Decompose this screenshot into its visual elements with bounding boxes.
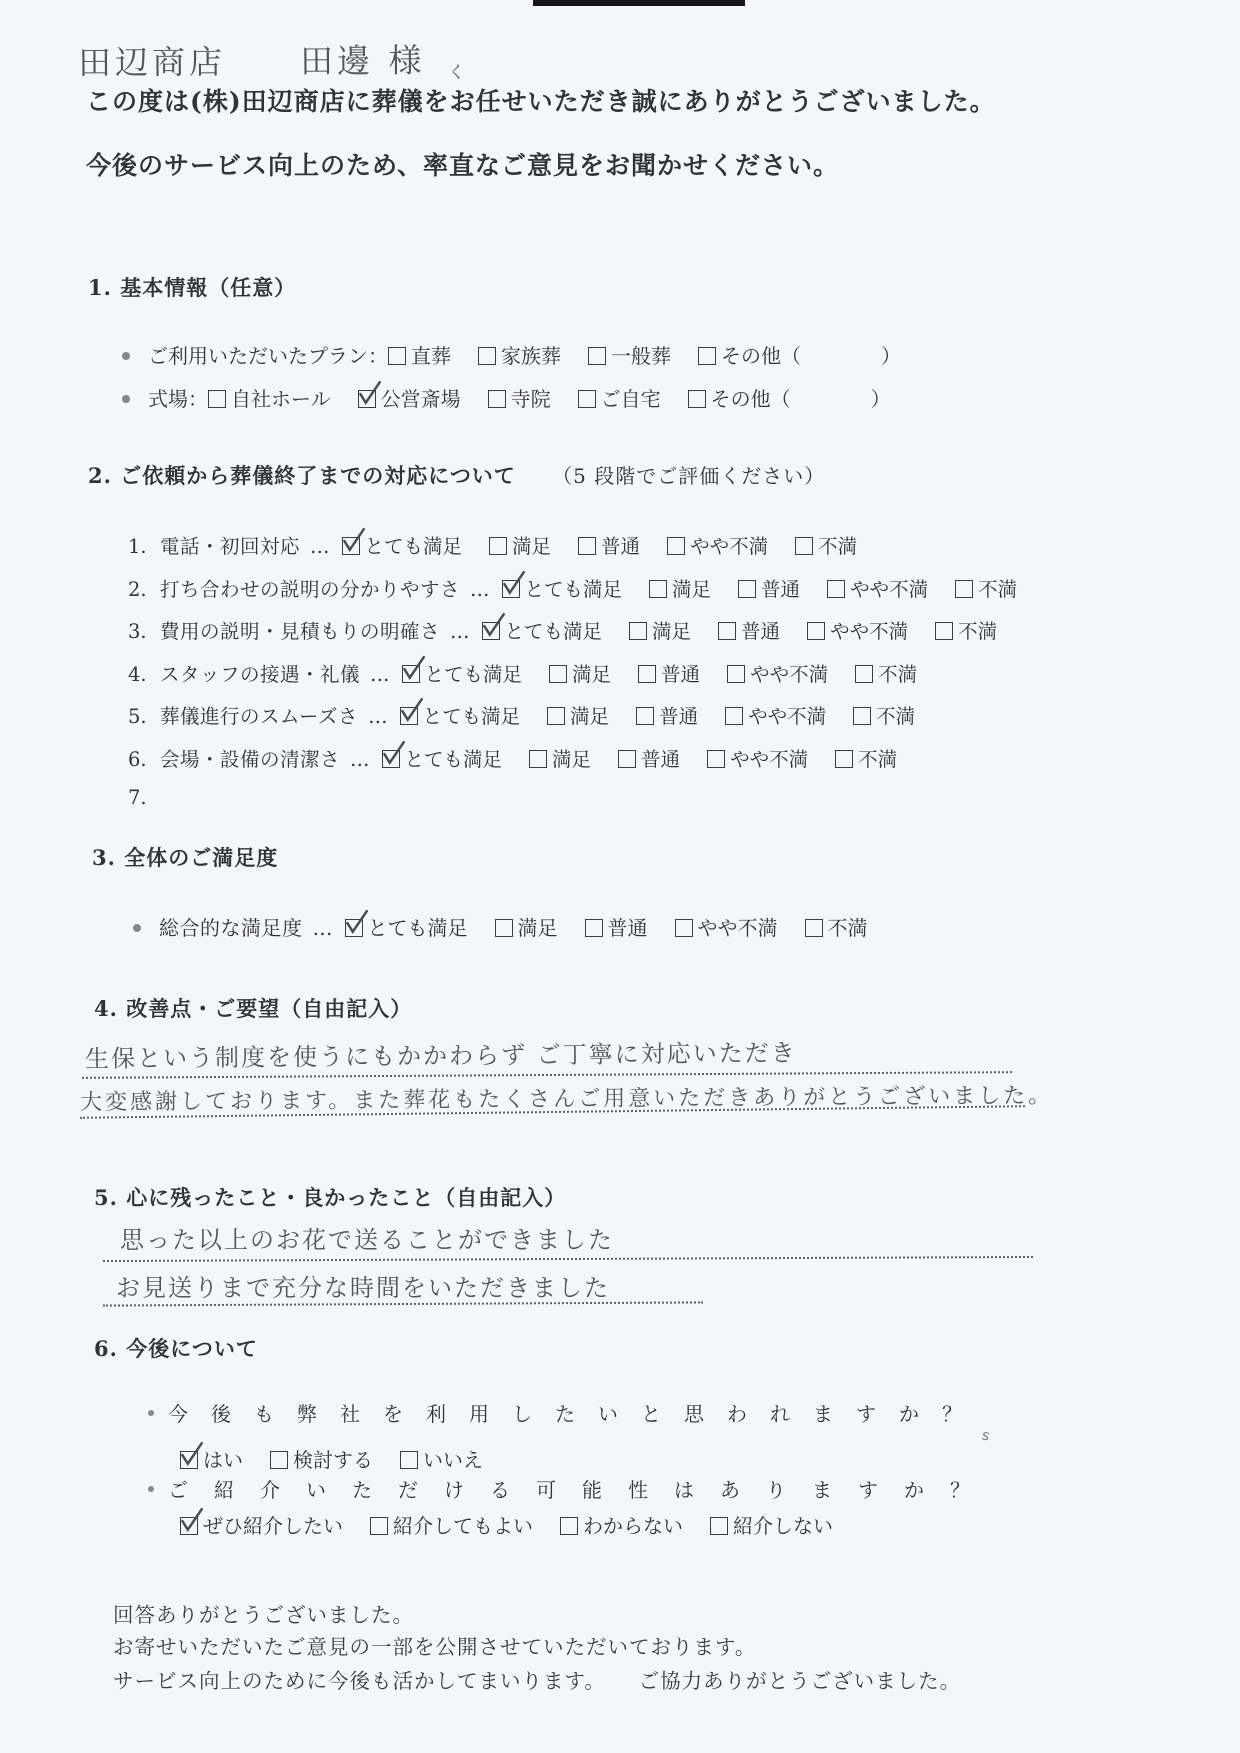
bullet-icon xyxy=(133,924,141,932)
plan-label: ご利用いただいたプラン： xyxy=(148,344,388,368)
checkbox-checked[interactable] xyxy=(345,919,363,937)
option-label: とても満足 xyxy=(505,620,603,643)
option-label: 不満 xyxy=(876,705,915,728)
option: その他（ ） xyxy=(698,344,901,368)
option: 普通 xyxy=(636,705,698,728)
rating-row-6: 6.会場・設備の清潔さ…とても満足満足普通やや不満不満 xyxy=(128,744,1044,772)
option: 不満 xyxy=(935,620,997,643)
option-label: とても満足 xyxy=(365,535,463,558)
checkbox-checked[interactable] xyxy=(358,390,376,408)
option-label: その他（ ） xyxy=(711,387,891,411)
checkbox[interactable] xyxy=(478,347,496,365)
option-label: 不満 xyxy=(958,620,997,643)
freetext-memorable-line2: お見送りまで充分な時間をいただきました xyxy=(116,1268,610,1303)
row-label: 費用の説明・見積もりの明確さ xyxy=(160,620,440,643)
section1-title: 1. 基本情報（任意） xyxy=(88,272,296,302)
option-label: やや不満 xyxy=(830,620,908,643)
option-label: とても満足 xyxy=(405,748,503,771)
checkbox[interactable] xyxy=(667,537,685,555)
option-label: 寺院 xyxy=(511,387,551,411)
checkbox[interactable] xyxy=(208,390,226,408)
option-label: 満足 xyxy=(570,705,609,728)
option-label: 満足 xyxy=(672,578,711,601)
freetext-improvement-line1: 生保という制度を使うにもかかわらず ご丁寧に対応いただき xyxy=(85,1033,797,1074)
rating-row-1: 1.電話・初回対応…とても満足満足普通やや不満不満 xyxy=(128,531,1044,559)
handwritten-addressee-mark: く xyxy=(448,58,467,83)
checkbox-checked[interactable] xyxy=(482,622,500,640)
option: とても満足 xyxy=(400,705,521,728)
bullet-icon xyxy=(148,1410,154,1416)
rating-row-7: 7. xyxy=(128,786,1044,809)
intro-line-2: 今後のサービス向上のため、率直なご意見をお聞かせください。 xyxy=(86,146,839,182)
checkbox[interactable] xyxy=(618,750,636,768)
bullet-icon xyxy=(122,352,130,360)
ellipsis: … xyxy=(313,916,335,940)
row-number: 2. xyxy=(128,578,160,601)
option: ご自宅 xyxy=(578,387,661,411)
checkbox[interactable] xyxy=(698,347,716,365)
option: とても満足 xyxy=(482,620,603,643)
rating-row-5: 5.葬儀進行のスムーズさ…とても満足満足普通やや不満不満 xyxy=(128,701,1044,729)
option-label: 満足 xyxy=(652,620,691,643)
row-number: 6. xyxy=(128,748,160,771)
ellipsis: … xyxy=(370,663,392,686)
scan-artifact-bar xyxy=(533,0,745,6)
option: 検討する xyxy=(270,1448,373,1472)
row-label: 会場・設備の清潔さ xyxy=(160,748,340,771)
option: 普通 xyxy=(618,748,680,771)
checkbox[interactable] xyxy=(495,919,513,937)
option-label: とても満足 xyxy=(423,705,521,728)
checkbox[interactable] xyxy=(675,919,693,937)
option-label: 不満 xyxy=(828,916,868,940)
plan-row: ご利用いただいたプラン：直葬家族葬一般葬その他（ ） xyxy=(122,340,928,369)
option: 公営斎場 xyxy=(358,387,461,411)
option: 不満 xyxy=(955,578,1017,601)
option: 満足 xyxy=(529,748,591,771)
option: 紹介しない xyxy=(710,1514,833,1538)
option: やや不満 xyxy=(725,705,826,728)
option: 満足 xyxy=(629,620,691,643)
option-label: 不満 xyxy=(878,663,917,686)
option: とても満足 xyxy=(342,535,463,558)
option: とても満足 xyxy=(345,916,468,940)
row-number: 4. xyxy=(128,663,160,686)
ellipsis: … xyxy=(310,535,332,558)
checkbox-checked[interactable] xyxy=(342,537,360,555)
checkbox[interactable] xyxy=(718,622,736,640)
option-label: わからない xyxy=(583,1514,683,1538)
option: 紹介してもよい xyxy=(370,1514,533,1538)
checkbox-checked[interactable] xyxy=(382,750,400,768)
option-label: ご自宅 xyxy=(601,387,661,411)
checkbox-checked[interactable] xyxy=(180,1517,198,1535)
option-label: 検討する xyxy=(293,1448,373,1472)
checkbox[interactable] xyxy=(707,750,725,768)
option: やや不満 xyxy=(807,620,908,643)
checkbox[interactable] xyxy=(649,580,667,598)
option: 家族葬 xyxy=(478,344,561,368)
checkbox[interactable] xyxy=(400,1451,418,1469)
option-label: 普通 xyxy=(601,535,640,558)
option: はい xyxy=(180,1448,243,1472)
checkbox-checked[interactable] xyxy=(400,707,418,725)
option: やや不満 xyxy=(827,578,928,601)
checkbox[interactable] xyxy=(827,580,845,598)
checkbox[interactable] xyxy=(588,347,606,365)
checkbox-checked[interactable] xyxy=(402,665,420,683)
option-label: 普通 xyxy=(659,705,698,728)
checkbox[interactable] xyxy=(488,390,506,408)
row-number: 7. xyxy=(128,786,160,809)
option: 不満 xyxy=(855,663,917,686)
option: 満足 xyxy=(495,916,558,940)
option-label: 普通 xyxy=(608,916,648,940)
rating-row-3: 3.費用の説明・見積もりの明確さ…とても満足満足普通やや不満不満 xyxy=(128,616,1044,644)
overall-satisfaction-options: とても満足満足普通やや不満不満 xyxy=(345,916,895,940)
checkbox[interactable] xyxy=(688,390,706,408)
option-label: 直葬 xyxy=(411,344,451,368)
option: 普通 xyxy=(738,578,800,601)
checkbox[interactable] xyxy=(725,707,743,725)
checkbox[interactable] xyxy=(388,347,406,365)
option-label: やや不満 xyxy=(690,535,768,558)
option: 不満 xyxy=(805,916,868,940)
checkbox[interactable] xyxy=(795,537,813,555)
checkbox[interactable] xyxy=(805,919,823,937)
checkbox[interactable] xyxy=(629,622,647,640)
checkbox[interactable] xyxy=(549,665,567,683)
ellipsis: … xyxy=(350,748,372,771)
checkbox[interactable] xyxy=(585,919,603,937)
option-label: 満足 xyxy=(518,916,558,940)
ellipsis: … xyxy=(470,578,492,601)
option-label: 紹介してもよい xyxy=(393,1514,533,1538)
option: とても満足 xyxy=(382,748,503,771)
referral-question-text: ご紹介いただける可能性はありますか？ xyxy=(168,1478,996,1502)
option-label: やや不満 xyxy=(730,748,808,771)
rating-rows: 1.電話・初回対応…とても満足満足普通やや不満不満2.打ち合わせの説明の分かりや… xyxy=(128,531,1044,824)
rating-row-4: 4.スタッフの接遇・礼儀…とても満足満足普通やや不満不満 xyxy=(128,659,1044,687)
option-label: 不満 xyxy=(978,578,1017,601)
option-label: 一般葬 xyxy=(611,344,671,368)
plan-options: 直葬家族葬一般葬その他（ ） xyxy=(388,344,928,368)
option: いいえ xyxy=(400,1448,483,1472)
option: 寺院 xyxy=(488,387,551,411)
checkbox[interactable] xyxy=(955,580,973,598)
option-label: 紹介しない xyxy=(733,1514,833,1538)
option: 普通 xyxy=(578,535,640,558)
option: やや不満 xyxy=(707,748,808,771)
overall-satisfaction-row: 総合的な満足度…とても満足満足普通やや不満不満 xyxy=(133,912,895,941)
checkbox[interactable] xyxy=(727,665,745,683)
checkbox[interactable] xyxy=(560,1517,578,1535)
option-label: とても満足 xyxy=(525,578,623,601)
option: とても満足 xyxy=(402,663,523,686)
checkbox[interactable] xyxy=(547,707,565,725)
ellipsis: … xyxy=(450,620,472,643)
section2-title-text: 2. ご依頼から葬儀終了までの対応について xyxy=(88,463,516,488)
option: わからない xyxy=(560,1514,683,1538)
footer-line-1: 回答ありがとうございました。 xyxy=(113,1598,414,1628)
section3-title: 3. 全体のご満足度 xyxy=(92,842,278,872)
option-label: はい xyxy=(203,1448,243,1472)
row-label: 葬儀進行のスムーズさ xyxy=(160,705,358,728)
option-label: その他（ ） xyxy=(721,344,901,368)
bullet-icon xyxy=(148,1486,154,1492)
ellipsis: … xyxy=(368,705,390,728)
row-number: 1. xyxy=(128,535,160,558)
section6-title: 6. 今後について xyxy=(94,1333,258,1363)
checkbox[interactable] xyxy=(578,537,596,555)
option: 普通 xyxy=(718,620,780,643)
checkbox[interactable] xyxy=(855,665,873,683)
option: とても満足 xyxy=(502,578,623,601)
option-label: 不満 xyxy=(818,535,857,558)
checkbox[interactable] xyxy=(636,707,654,725)
option: やや不満 xyxy=(667,535,768,558)
checkbox[interactable] xyxy=(710,1517,728,1535)
stray-pen-mark: s xyxy=(980,1427,990,1444)
checkbox[interactable] xyxy=(935,622,953,640)
checkbox[interactable] xyxy=(738,580,756,598)
checkbox[interactable] xyxy=(807,622,825,640)
option-label: やや不満 xyxy=(698,916,778,940)
overall-satisfaction-label: 総合的な満足度 xyxy=(159,916,303,940)
option-label: 満足 xyxy=(512,535,551,558)
option-label: 普通 xyxy=(661,663,700,686)
option: 一般葬 xyxy=(588,344,671,368)
option: 不満 xyxy=(795,535,857,558)
checkbox[interactable] xyxy=(835,750,853,768)
option: 満足 xyxy=(489,535,551,558)
option-label: 満足 xyxy=(572,663,611,686)
option-label: 普通 xyxy=(641,748,680,771)
option: やや不満 xyxy=(727,663,828,686)
survey-page: 田辺商店 田邊 様 く この度は(株)田辺商店に葬儀をお任せいただき誠にありがと… xyxy=(0,0,1240,1753)
venue-options: 自社ホール公営斎場寺院ご自宅その他（ ） xyxy=(208,387,918,411)
option-label: やや不満 xyxy=(748,705,826,728)
checkbox[interactable] xyxy=(270,1451,288,1469)
row-label: 電話・初回対応 xyxy=(160,535,300,558)
option-label: 普通 xyxy=(761,578,800,601)
option-label: やや不満 xyxy=(850,578,928,601)
option: 満足 xyxy=(547,705,609,728)
option-label: ぜひ紹介したい xyxy=(203,1514,343,1538)
option-label: やや不満 xyxy=(750,663,828,686)
option: ぜひ紹介したい xyxy=(180,1514,343,1538)
checkbox[interactable] xyxy=(529,750,547,768)
row-label: 打ち合わせの説明の分かりやすさ xyxy=(160,578,460,601)
checkbox[interactable] xyxy=(370,1517,388,1535)
rating-row-2: 2.打ち合わせの説明の分かりやすさ…とても満足満足普通やや不満不満 xyxy=(128,574,1044,602)
row-label: スタッフの接遇・礼儀 xyxy=(160,663,360,686)
option-label: いいえ xyxy=(423,1448,483,1472)
option: 自社ホール xyxy=(208,387,331,411)
checkbox-checked[interactable] xyxy=(180,1451,198,1469)
handwritten-addressee: 田辺商店 田邊 様 xyxy=(78,35,426,84)
option: 満足 xyxy=(649,578,711,601)
checkbox-checked[interactable] xyxy=(502,580,520,598)
option: 不満 xyxy=(853,705,915,728)
future-use-answers: はい検討するいいえ xyxy=(180,1444,510,1473)
referral-answers: ぜひ紹介したい紹介してもよいわからない紹介しない xyxy=(180,1510,860,1539)
answer-line xyxy=(103,1256,1033,1262)
future-use-question-text: 今後も弊社を利用したいと思われますか？ xyxy=(168,1402,985,1426)
checkbox[interactable] xyxy=(638,665,656,683)
option-label: とても満足 xyxy=(368,916,468,940)
option: 普通 xyxy=(585,916,648,940)
section4-title: 4. 改善点・ご要望（自由記入） xyxy=(94,993,412,1023)
row-number: 3. xyxy=(128,620,160,643)
option: その他（ ） xyxy=(688,387,891,411)
footer-line-2: お寄せいただいたご意見の一部を公開させていただいております。 xyxy=(113,1630,756,1660)
section2-note: （5 段階でご評価ください） xyxy=(552,464,825,488)
option: 直葬 xyxy=(388,344,451,368)
intro-line-1: この度は(株)田辺商店に葬儀をお任せいただき誠にありがとうございました。 xyxy=(86,82,996,118)
option-label: 普通 xyxy=(741,620,780,643)
checkbox[interactable] xyxy=(853,707,871,725)
checkbox[interactable] xyxy=(489,537,507,555)
section5-title: 5. 心に残ったこと・良かったこと（自由記入） xyxy=(94,1182,566,1212)
venue-label: 式場： xyxy=(148,387,208,411)
row-number: 5. xyxy=(128,705,160,728)
footer-line-3: サービス向上のために今後も活かしてまいります。 ご協力ありがとうございました。 xyxy=(113,1664,961,1694)
option: 不満 xyxy=(835,748,897,771)
option: 普通 xyxy=(638,663,700,686)
option: やや不満 xyxy=(675,916,778,940)
bullet-icon xyxy=(122,395,130,403)
freetext-memorable-line1: 思った以上のお花で送ることができました xyxy=(120,1220,614,1255)
checkbox[interactable] xyxy=(578,390,596,408)
option: 満足 xyxy=(549,663,611,686)
option-label: 満足 xyxy=(552,748,591,771)
option-label: 公営斎場 xyxy=(381,387,461,411)
option-label: 家族葬 xyxy=(501,344,561,368)
option-label: 不満 xyxy=(858,748,897,771)
section2-title: 2. ご依頼から葬儀終了までの対応について （5 段階でご評価ください） xyxy=(88,460,825,490)
venue-row: 式場：自社ホール公営斎場寺院ご自宅その他（ ） xyxy=(122,383,918,412)
option-label: 自社ホール xyxy=(231,387,331,411)
referral-question: ご紹介いただける可能性はありますか？ xyxy=(148,1474,996,1503)
future-use-question: 今後も弊社を利用したいと思われますか？ xyxy=(148,1398,985,1427)
option-label: とても満足 xyxy=(425,663,523,686)
